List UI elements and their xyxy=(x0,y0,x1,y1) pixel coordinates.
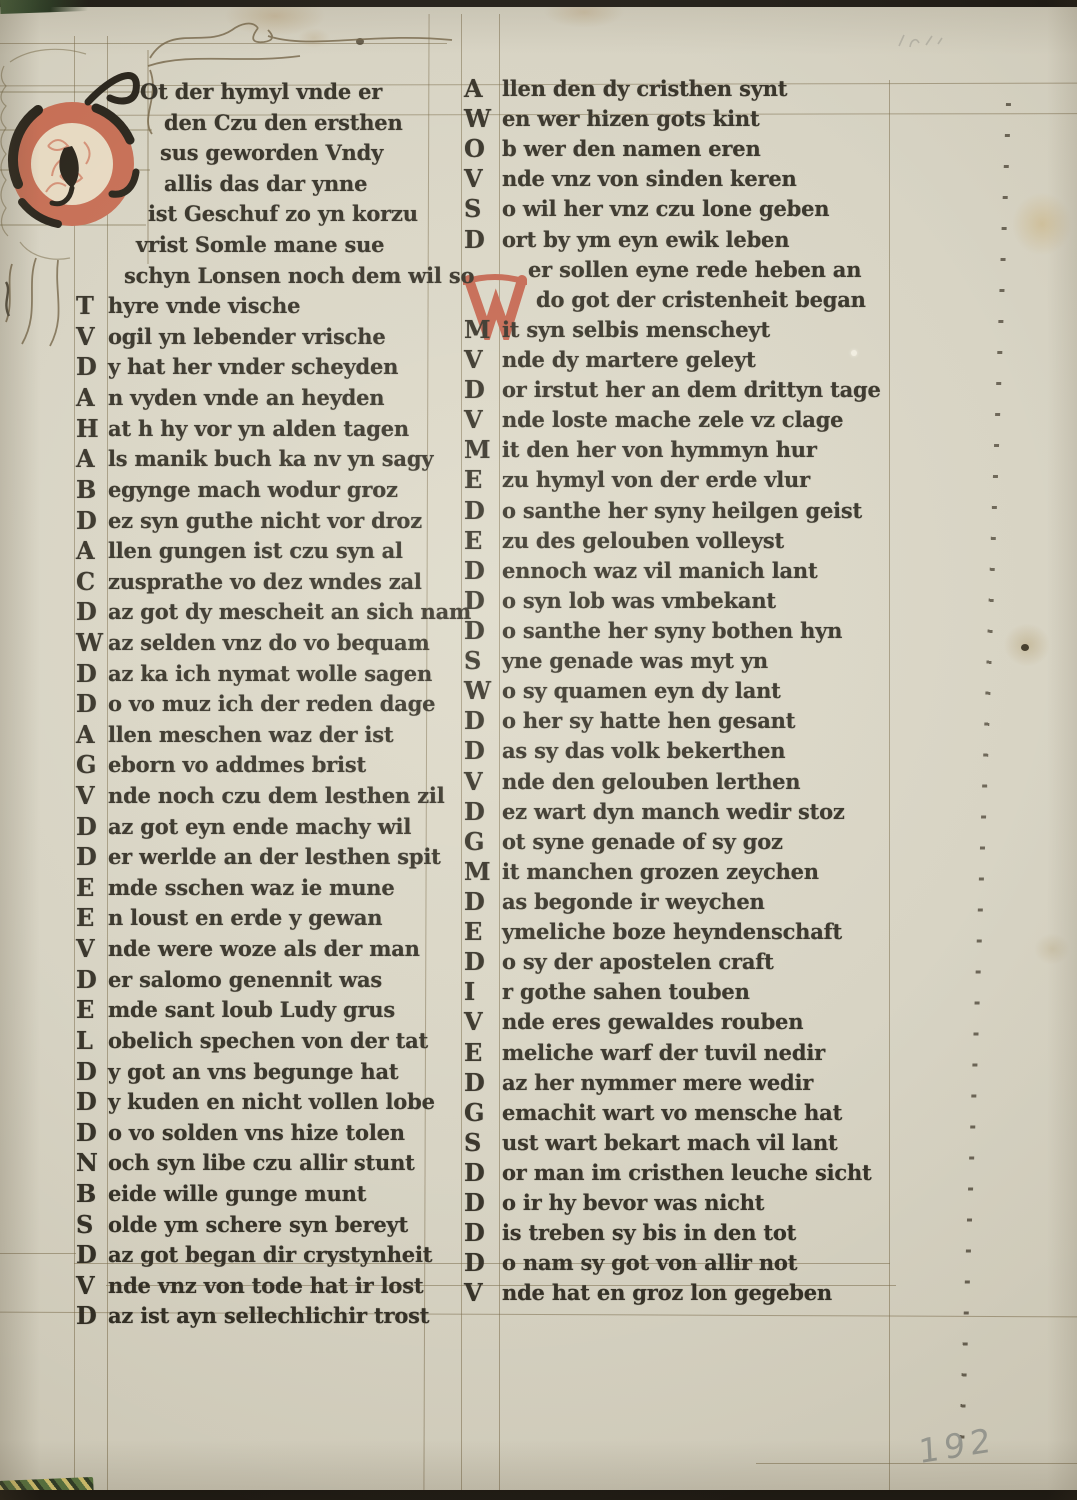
line-text: olde ym schere syn bereyt xyxy=(108,1212,408,1237)
line-capital: D xyxy=(464,1218,485,1247)
text-line: Do santhe her syny heilgen geist xyxy=(462,498,902,528)
line-capital: W xyxy=(464,676,491,705)
line-text: o wil her vnz czu lone geben xyxy=(502,196,829,221)
line-capital: V xyxy=(464,1278,482,1307)
text-line: Daz got dy mescheit an sich nam xyxy=(74,599,474,630)
text-line: den Czu den ersthen xyxy=(74,110,474,141)
text-line: Eymeliche boze heyndenschaft xyxy=(462,919,902,949)
text-line: Vnde dy martere geleyt xyxy=(462,347,902,377)
line-capital: E xyxy=(76,873,94,902)
text-line: So wil her vnz czu lone geben xyxy=(462,196,902,226)
line-capital: B xyxy=(76,475,96,504)
text-line: allis das dar ynne xyxy=(74,171,474,202)
text-line: Do vo solden vns hize tolen xyxy=(74,1120,474,1151)
line-text: it manchen grozen zeychen xyxy=(502,859,819,884)
text-line: Noch syn libe czu allir stunt xyxy=(74,1150,474,1181)
text-line: Do vo muz ich der reden dage xyxy=(74,691,474,722)
text-line: Der salomo genennit was xyxy=(74,967,474,998)
text-line: Thyre vnde vische xyxy=(74,293,474,324)
text-line: E zu hymyl von der erde vlur xyxy=(462,467,902,497)
text-line: En loust en erde y gewan xyxy=(74,905,474,936)
line-capital: S xyxy=(76,1210,93,1239)
line-capital: D xyxy=(464,706,485,735)
line-text: or man im cristhen leuche sicht xyxy=(502,1160,872,1185)
line-text: nde den gelouben lerthen xyxy=(502,769,800,794)
line-capital: D xyxy=(464,556,485,585)
line-text: y kuden en nicht vollen lobe xyxy=(108,1089,435,1114)
line-capital: G xyxy=(464,827,484,856)
text-line: schyn Lonsen noch dem wil so xyxy=(74,263,474,294)
line-capital: V xyxy=(464,1007,482,1036)
line-text: n loust en erde y gewan xyxy=(108,905,382,930)
line-text: eborn vo addmes brist xyxy=(108,752,366,777)
text-line: Ob wer den namen eren xyxy=(462,136,902,166)
text-line: Hat h hy vor yn alden tagen xyxy=(74,416,474,447)
line-capital: V xyxy=(76,781,94,810)
line-text: och syn libe czu allir stunt xyxy=(108,1150,415,1175)
line-text: meliche warf der tuvil nedir xyxy=(502,1040,825,1065)
line-capital: E xyxy=(76,995,94,1024)
text-line: Emeliche warf der tuvil nedir xyxy=(462,1040,902,1070)
text-line: Allen meschen waz der ist xyxy=(74,722,474,753)
text-line: Dennoch waz vil manich lant xyxy=(462,558,902,588)
line-text: nde vnz von tode hat ir lost xyxy=(108,1273,423,1298)
text-line: Solde ym schere syn bereyt xyxy=(74,1212,474,1243)
line-capital: V xyxy=(76,322,94,351)
line-capital: E xyxy=(464,1038,482,1067)
line-text: nde hat en groz lon gegeben xyxy=(502,1280,832,1305)
line-text: zu hymyl von der erde vlur xyxy=(502,467,810,492)
line-capital: D xyxy=(76,1240,97,1269)
line-text: o vo muz ich der reden dage xyxy=(108,691,435,716)
text-line: Geborn vo addmes brist xyxy=(74,752,474,783)
line-capital: M xyxy=(464,315,490,344)
line-text: ez wart dyn manch wedir stoz xyxy=(502,799,845,824)
line-capital: D xyxy=(76,1057,97,1086)
line-capital: E xyxy=(464,917,482,946)
text-line: Das begonde ir weychen xyxy=(462,889,902,919)
text-line: Das sy das volk bekerthen xyxy=(462,738,902,768)
line-capital: D xyxy=(464,375,485,404)
text-line: vrist Somle mane sue xyxy=(74,232,474,263)
line-text: er werlde an der lesthen spit xyxy=(108,844,441,869)
text-line: Lobelich spechen von der tat xyxy=(74,1028,474,1059)
line-capital: M xyxy=(464,857,490,886)
text-line: Dez wart dyn manch wedir stoz xyxy=(462,799,902,829)
text-line: Dy hat her vnder scheyden xyxy=(74,354,474,385)
text-line: Do nam sy got von allir not xyxy=(462,1250,902,1280)
binding-edge-top-left xyxy=(0,0,92,14)
folio-number: 192 xyxy=(917,1420,996,1471)
text-line: Daz ist ayn sellechlichir trost xyxy=(74,1303,474,1334)
line-text: o ir hy bevor was nicht xyxy=(502,1190,764,1215)
text-line: Vogil yn lebender vrische xyxy=(74,324,474,355)
text-line: Wo sy quamen eyn dy lant xyxy=(462,678,902,708)
line-capital: S xyxy=(464,646,481,675)
line-text: yne genade was myt yn xyxy=(502,648,768,673)
line-capital: V xyxy=(76,1271,94,1300)
text-line: Vnde vnz von tode hat ir lost xyxy=(74,1273,474,1304)
text-line: Vnde hat en groz lon gegeben xyxy=(462,1280,902,1310)
line-text: ls manik buch ka nv yn sagy xyxy=(108,446,433,471)
line-text: zusprathe vo dez wndes zal xyxy=(108,569,422,594)
line-text: o vo solden vns hize tolen xyxy=(108,1120,405,1145)
line-capital: D xyxy=(76,842,97,871)
line-text: ogil yn lebender vrische xyxy=(108,324,386,349)
line-text: b wer den namen eren xyxy=(502,136,761,161)
line-capital: V xyxy=(464,405,482,434)
line-capital: D xyxy=(464,225,485,254)
line-capital: D xyxy=(76,1118,97,1147)
text-line: Emde sant loub Ludy grus xyxy=(74,997,474,1028)
ruling-line xyxy=(0,43,447,44)
line-capital: B xyxy=(76,1179,96,1208)
text-line: er sollen eyne rede heben an xyxy=(462,257,902,287)
line-text: en wer hizen gots kint xyxy=(502,106,760,131)
stain xyxy=(1002,182,1077,266)
line-text: o sy der apostelen craft xyxy=(502,949,774,974)
line-capital: D xyxy=(76,352,97,381)
text-line: Got syne genade of sy goz xyxy=(462,829,902,859)
text-line: Do her sy hatte hen gesant xyxy=(462,708,902,738)
photo-edge-top xyxy=(0,0,1077,7)
text-line: Daz her nymmer mere wedir xyxy=(462,1070,902,1100)
line-text: az selden vnz do vo bequam xyxy=(108,630,429,655)
line-capital: V xyxy=(464,345,482,374)
ink-speck xyxy=(1021,644,1029,651)
line-capital: N xyxy=(76,1148,98,1177)
line-capital: E xyxy=(464,526,482,555)
line-text: ust wart bekart mach vil lant xyxy=(502,1130,838,1155)
text-line: Wen wer hizen gots kint xyxy=(462,106,902,136)
right-text-column: Allen den dy cristhen syntWen wer hizen … xyxy=(462,76,902,1310)
line-text: or irstut her an dem drittyn tage xyxy=(502,377,881,402)
text-line: Als manik buch ka nv yn sagy xyxy=(74,446,474,477)
line-text: az ist ayn sellechlichir trost xyxy=(108,1303,429,1328)
line-capital: W xyxy=(464,104,491,133)
line-text: llen gungen ist czu syn al xyxy=(108,538,403,563)
line-text: o sy quamen eyn dy lant xyxy=(502,678,781,703)
line-capital: D xyxy=(464,586,485,615)
line-text: n vyden vnde an heyden xyxy=(108,385,384,410)
ruling-line xyxy=(756,1463,1077,1464)
text-line: Der werlde an der lesthen spit xyxy=(74,844,474,875)
line-capital: D xyxy=(76,506,97,535)
line-capital: T xyxy=(76,291,94,320)
line-capital: D xyxy=(464,616,485,645)
line-capital: D xyxy=(464,797,485,826)
text-line: Daz ka ich nymat wolle sagen xyxy=(74,661,474,692)
line-capital: S xyxy=(464,1128,481,1157)
line-text: emachit wart vo mensche hat xyxy=(502,1100,842,1125)
text-line: Dy got an vns begunge hat xyxy=(74,1059,474,1090)
line-text: ennoch waz vil manich lant xyxy=(502,558,817,583)
line-capital: M xyxy=(464,435,490,464)
line-text: nde noch czu dem lesthen zil xyxy=(108,783,444,808)
line-text: hyre vnde vische xyxy=(108,293,300,318)
text-line: Ot der hymyl vnde er xyxy=(74,79,474,110)
line-text: nde eres gewaldes rouben xyxy=(502,1009,803,1034)
text-line: do got der cristenheit began xyxy=(462,287,902,317)
text-line: Dor man im cristhen leuche sicht xyxy=(462,1160,902,1190)
line-text: mde sant loub Ludy grus xyxy=(108,997,395,1022)
ruling-line xyxy=(0,1253,76,1254)
line-capital: D xyxy=(464,1188,485,1217)
stain xyxy=(1028,928,1076,970)
text-line: Mit den her von hymmyn hur xyxy=(462,437,902,467)
text-line: Do ir hy bevor was nicht xyxy=(462,1190,902,1220)
text-line: Dez syn guthe nicht vor droz xyxy=(74,508,474,539)
line-text: ot syne genade of sy goz xyxy=(502,829,783,854)
ink-speck xyxy=(356,38,364,45)
line-text: zu des gelouben volleyst xyxy=(502,528,784,553)
line-capital: A xyxy=(76,720,94,749)
line-capital: O xyxy=(464,134,485,163)
line-text: as begonde ir weychen xyxy=(502,889,765,914)
text-line: Do sy der apostelen craft xyxy=(462,949,902,979)
line-text: az her nymmer mere wedir xyxy=(502,1070,813,1095)
text-line: E zu des gelouben volleyst xyxy=(462,528,902,558)
text-line: Vnde loste mache zele vz clage xyxy=(462,407,902,437)
line-text: er salomo genennit was xyxy=(108,967,382,992)
line-capital: W xyxy=(76,628,103,657)
stain xyxy=(292,24,336,52)
text-line: Czusprathe vo dez wndes zal xyxy=(74,569,474,600)
line-capital: D xyxy=(76,597,97,626)
line-text: llen meschen waz der ist xyxy=(108,722,393,747)
line-text: as sy das volk bekerthen xyxy=(502,738,785,763)
text-line: Beide wille gunge munt xyxy=(74,1181,474,1212)
left-text-column: Ot der hymyl vnde erden Czu den ersthens… xyxy=(74,79,474,1334)
text-line: Vnde were woze als der man xyxy=(74,936,474,967)
margin-ink-mark xyxy=(0,280,16,320)
text-line: Daz got eyn ende machy wil xyxy=(74,814,474,845)
text-line: Vnde noch czu dem lesthen zil xyxy=(74,783,474,814)
line-capital: D xyxy=(464,887,485,916)
text-line: sus geworden Vndy xyxy=(74,140,474,171)
text-line: Vnde eres gewaldes rouben xyxy=(462,1009,902,1039)
manuscript-page: Ot der hymyl vnde erden Czu den ersthens… xyxy=(0,0,1077,1500)
text-line: Dy kuden en nicht vollen lobe xyxy=(74,1089,474,1120)
line-capital: D xyxy=(76,689,97,718)
line-capital: L xyxy=(76,1026,93,1055)
line-text: az ka ich nymat wolle sagen xyxy=(108,661,432,686)
line-text: nde were woze als der man xyxy=(108,936,420,961)
text-line: Begynge mach wodur groz xyxy=(74,477,474,508)
text-line: Syne genade was myt yn xyxy=(462,648,902,678)
line-text: o syn lob was vmbekant xyxy=(502,588,776,613)
line-text: nde vnz von sinden keren xyxy=(502,166,797,191)
line-capital: D xyxy=(76,659,97,688)
line-capital: D xyxy=(464,947,485,976)
line-text: o her sy hatte hen gesant xyxy=(502,708,795,733)
text-line: Vnde vnz von sinden keren xyxy=(462,166,902,196)
line-text: ymeliche boze heyndenschaft xyxy=(502,919,842,944)
line-text: az got dy mescheit an sich nam xyxy=(108,599,471,624)
line-capital: D xyxy=(76,965,97,994)
line-capital: D xyxy=(76,812,97,841)
text-line: Emde sschen waz ie mune xyxy=(74,875,474,906)
line-capital: V xyxy=(464,767,482,796)
line-capital: C xyxy=(76,567,95,596)
text-line: Mit manchen grozen zeychen xyxy=(462,859,902,889)
line-capital: D xyxy=(76,1087,97,1116)
line-capital: G xyxy=(464,1098,484,1127)
line-text: az got eyn ende machy wil xyxy=(108,814,411,839)
line-text: ez syn guthe nicht vor droz xyxy=(108,508,422,533)
text-line: Ir gothe sahen touben xyxy=(462,979,902,1009)
line-text: egynge mach wodur groz xyxy=(108,477,398,502)
text-line: Do syn lob was vmbekant xyxy=(462,588,902,618)
line-capital: G xyxy=(76,750,96,779)
pricking-marks xyxy=(959,103,1011,1462)
line-capital: V xyxy=(464,164,482,193)
text-line: Allen gungen ist czu syn al xyxy=(74,538,474,569)
line-capital: A xyxy=(464,74,482,103)
line-capital: D xyxy=(76,1301,97,1330)
line-capital: D xyxy=(464,1068,485,1097)
text-line: Dort by ym eyn ewik leben xyxy=(462,227,902,257)
line-capital: S xyxy=(464,194,481,223)
line-text: o nam sy got von allir not xyxy=(502,1250,797,1275)
text-line: Dis treben sy bis in den tot xyxy=(462,1220,902,1250)
line-text: llen den dy cristhen synt xyxy=(502,76,787,101)
line-text: r gothe sahen touben xyxy=(502,979,750,1004)
line-text: at h hy vor yn alden tagen xyxy=(108,416,409,441)
text-line: Sust wart bekart mach vil lant xyxy=(462,1130,902,1160)
pencil-scribble xyxy=(896,30,944,50)
line-capital: H xyxy=(76,414,98,443)
text-line: Do santhe her syny bothen hyn xyxy=(462,618,902,648)
text-line: Daz got began dir crystynheit xyxy=(74,1242,474,1273)
text-line: Waz selden vnz do vo bequam xyxy=(74,630,474,661)
line-text: o santhe her syny bothen hyn xyxy=(502,618,842,643)
line-text: it syn selbis menscheyt xyxy=(502,317,770,342)
text-line: ist Geschuf zo yn korzu xyxy=(74,201,474,232)
line-text: nde loste mache zele vz clage xyxy=(502,407,843,432)
line-text: eide wille gunge munt xyxy=(108,1181,366,1206)
text-line: Allen den dy cristhen synt xyxy=(462,76,902,106)
text-line: Dor irstut her an dem drittyn tage xyxy=(462,377,902,407)
text-line: Mit syn selbis menscheyt xyxy=(462,317,902,347)
line-text: az got began dir crystynheit xyxy=(108,1242,432,1267)
line-text: nde dy martere geleyt xyxy=(502,347,756,372)
text-line: Gemachit wart vo mensche hat xyxy=(462,1100,902,1130)
text-line: Vnde den gelouben lerthen xyxy=(462,769,902,799)
line-text: obelich spechen von der tat xyxy=(108,1028,428,1053)
line-text: o santhe her syny heilgen geist xyxy=(502,498,862,523)
line-text: is treben sy bis in den tot xyxy=(502,1220,796,1245)
line-capital: V xyxy=(76,934,94,963)
line-text: y got an vns begunge hat xyxy=(108,1059,398,1084)
stain xyxy=(996,616,1058,674)
line-capital: A xyxy=(76,536,94,565)
line-text: mde sschen waz ie mune xyxy=(108,875,395,900)
line-text: y hat her vnder scheyden xyxy=(108,354,398,379)
line-text: it den her von hymmyn hur xyxy=(502,437,817,462)
text-line: An vyden vnde an heyden xyxy=(74,385,474,416)
line-text: ort by ym eyn ewik leben xyxy=(502,227,789,252)
line-capital: D xyxy=(464,1158,485,1187)
line-capital: D xyxy=(464,496,485,525)
line-capital: D xyxy=(464,1248,485,1277)
line-capital: E xyxy=(76,903,94,932)
line-capital: I xyxy=(464,977,475,1006)
line-capital: A xyxy=(76,383,94,412)
line-capital: D xyxy=(464,736,485,765)
line-capital: E xyxy=(464,465,482,494)
line-capital: A xyxy=(76,444,94,473)
photo-edge-bottom xyxy=(0,1490,1077,1500)
